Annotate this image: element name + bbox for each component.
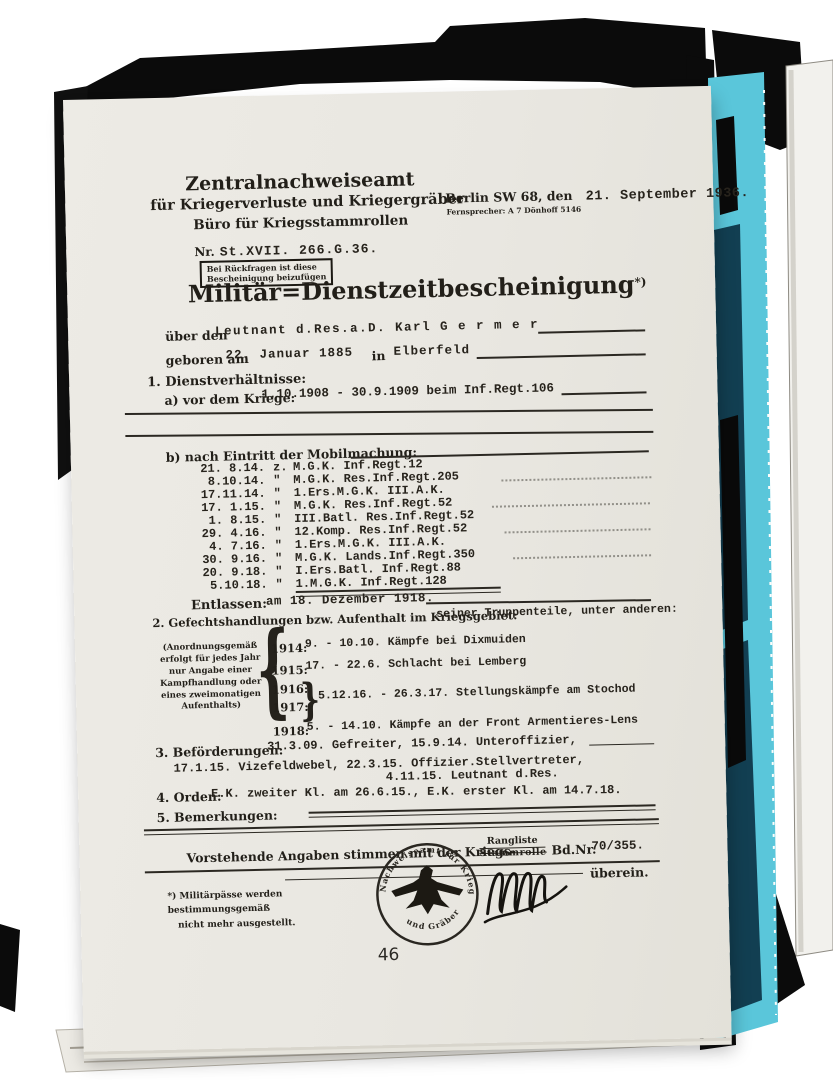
section5-heading: 5. Bemerkungen: bbox=[157, 807, 278, 825]
birth-place: Elberfeld bbox=[393, 343, 470, 359]
section2-heading-value: seiner Truppenteile, unter anderen: bbox=[436, 603, 678, 621]
office-bureau: Büro für Kriegsstammrollen bbox=[151, 212, 451, 235]
blank-double-rule bbox=[309, 804, 656, 818]
year-value: 5. - 14.10. Kämpfe an der Front Armentie… bbox=[307, 714, 638, 734]
phone-line: Fernsprecher: A 7 Dönhoff 5146 bbox=[446, 205, 581, 217]
dotted-leader bbox=[513, 554, 651, 559]
stamp-text-bottom: und Gräber bbox=[405, 906, 462, 932]
birth-date: 22. Januar 1885 bbox=[225, 346, 353, 363]
year-label: 1914: bbox=[271, 641, 308, 656]
official-stamp: Nachweiseamt für Kriegerverluste und Grä… bbox=[366, 833, 489, 956]
dotted-leader bbox=[505, 528, 651, 533]
fill-line bbox=[538, 329, 645, 333]
footnote-line2: nicht mehr ausgestellt. bbox=[178, 915, 358, 933]
fill-line bbox=[562, 391, 647, 395]
black-paper-bottom-left bbox=[0, 924, 20, 1012]
year-value: 9. - 10.10. Kämpfe bei Dixmuiden bbox=[305, 633, 526, 651]
fill-line bbox=[477, 353, 646, 359]
ueberein-text: überein. bbox=[590, 864, 649, 880]
year-value: 17. - 22.6. Schlacht bei Lemberg bbox=[305, 655, 526, 673]
in-label: in bbox=[371, 348, 385, 363]
blank-rule bbox=[125, 431, 653, 437]
document-page: Zentralnachweiseamt für Kriegerverluste … bbox=[63, 86, 732, 1052]
signature-stroke bbox=[482, 867, 550, 918]
person-name: Leutnant d.Res.a.D. Karl G e r m e r bbox=[215, 318, 539, 339]
blank-rule bbox=[125, 409, 653, 415]
entry-date: 5.10.18. bbox=[191, 578, 267, 594]
section4-value: E.K. zweiter Kl. am 26.6.15., E.K. erste… bbox=[211, 783, 622, 801]
ref-number: St.XVII. 266.G.36. bbox=[220, 241, 379, 259]
signature-tail bbox=[481, 887, 569, 923]
margin-note: (Anordnungsgemäß erfolgt für jedes Jahr … bbox=[155, 641, 267, 715]
dotted-leader bbox=[492, 502, 650, 507]
title-footnote-mark: *) bbox=[634, 275, 646, 289]
section3-line3: 4.11.15. Leutnant d.Res. bbox=[386, 766, 559, 784]
bd-value: 70/355. bbox=[591, 839, 644, 854]
footnote-line1: *) Militärpässe werden bestimmungsgemäß bbox=[167, 886, 358, 919]
entlassen-value: am 18. Dezember 1918. bbox=[266, 591, 434, 609]
dotted-leader bbox=[501, 476, 651, 481]
footnote: *) Militärpässe werden bestimmungsgemäß … bbox=[167, 886, 358, 933]
place-date-label: Berlin SW 68, den bbox=[445, 188, 573, 206]
fill-line bbox=[589, 743, 654, 745]
section3-heading: 3. Beförderungen: bbox=[155, 742, 283, 760]
year-value: 5.12.16. - 26.3.17. Stellungskämpfe am S… bbox=[318, 683, 636, 703]
rangliste-text: Rangliste bbox=[487, 835, 538, 847]
year-label: 1918: bbox=[273, 724, 310, 739]
signature bbox=[473, 844, 594, 936]
section3-line1: 31.3.09. Gefreiter, 15.9.14. Unteroffizi… bbox=[267, 733, 577, 754]
entry-mark: " bbox=[275, 577, 283, 591]
page-number: 46 bbox=[378, 945, 400, 965]
svg-text:und Gräber: und Gräber bbox=[405, 906, 462, 932]
ref-label: Nr. bbox=[194, 245, 215, 259]
